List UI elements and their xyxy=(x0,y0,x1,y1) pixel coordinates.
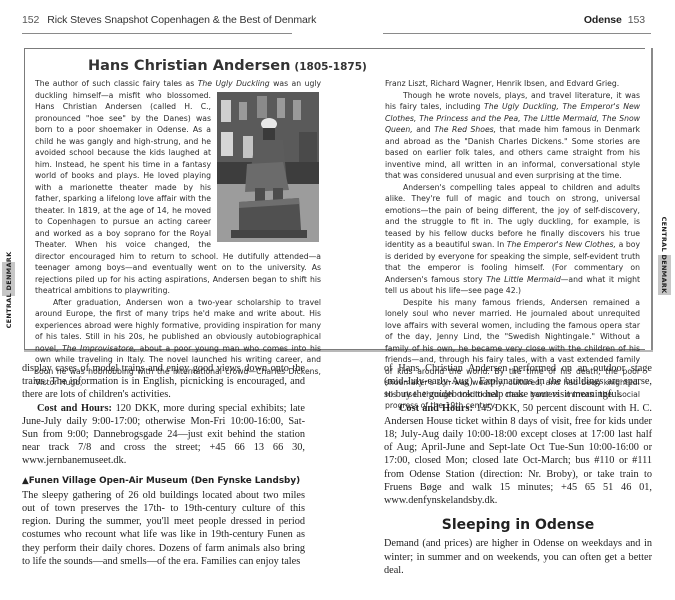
sidebar-left-column: The author of such classic fairy tales a… xyxy=(35,78,321,389)
statue-photo xyxy=(217,92,319,242)
right-header-rule xyxy=(383,33,651,34)
left-section-tab: CENTRAL DENMARK xyxy=(2,240,15,340)
sight-heading: ▲Funen Village Open-Air Museum (Den Fyns… xyxy=(22,475,305,488)
right-body-column: of Hans Christian Andersen performed on … xyxy=(384,362,652,577)
sidebar-paragraph: Andersen's compelling tales appeal to ch… xyxy=(385,182,640,297)
body-paragraph: of Hans Christian Andersen performed on … xyxy=(384,362,652,402)
body-paragraph: Demand (and prices) are higher in Odense… xyxy=(384,537,652,577)
cost-hours-paragraph: Cost and Hours: 120 DKK, more during spe… xyxy=(22,402,305,468)
statue-photo-frame xyxy=(217,92,321,242)
triangle-rating-icon: ▲ xyxy=(22,476,29,486)
right-section-tab: CENTRAL DENMARK xyxy=(658,205,671,305)
left-body-column: display cases of model trains and enjoy … xyxy=(22,362,305,568)
book-title: Rick Steves Snapshot Copenhagen & the Be… xyxy=(47,14,316,26)
sidebar-paragraph: Though he wrote novels, plays, and trave… xyxy=(385,90,640,182)
body-paragraph: The sleepy gathering of 26 old buildings… xyxy=(22,489,305,568)
right-tab-label: CENTRAL DENMARK xyxy=(660,217,668,294)
sidebar-paragraph: The author of such classic fairy tales a… xyxy=(35,78,321,297)
right-page-number: 153 xyxy=(628,14,645,26)
cost-hours-paragraph: Cost and Hours: 145 DKK, 50 percent disc… xyxy=(384,402,652,508)
cost-hours-label: Cost and Hours: xyxy=(399,403,473,414)
sidebar-box-edge xyxy=(651,48,653,350)
chapter-title: Odense xyxy=(584,14,622,26)
statue-image-icon xyxy=(217,92,319,242)
sidebar-title-dates: (1805-1875) xyxy=(294,61,366,73)
body-paragraph: display cases of model trains and enjoy … xyxy=(22,362,305,402)
section-heading: Sleeping in Odense xyxy=(384,519,652,532)
cost-hours-label: Cost and Hours: xyxy=(37,403,112,414)
right-running-head: Odense153 xyxy=(584,14,645,26)
sidebar-title-name: Hans Christian Andersen xyxy=(88,58,290,74)
left-header-rule xyxy=(22,33,292,34)
sidebar-paragraph: Franz Liszt, Richard Wagner, Henrik Ibse… xyxy=(385,78,640,90)
left-page-number: 152 xyxy=(22,14,39,26)
left-tab-label: CENTRAL DENMARK xyxy=(5,252,13,329)
left-running-head: 152Rick Steves Snapshot Copenhagen & the… xyxy=(22,14,316,26)
